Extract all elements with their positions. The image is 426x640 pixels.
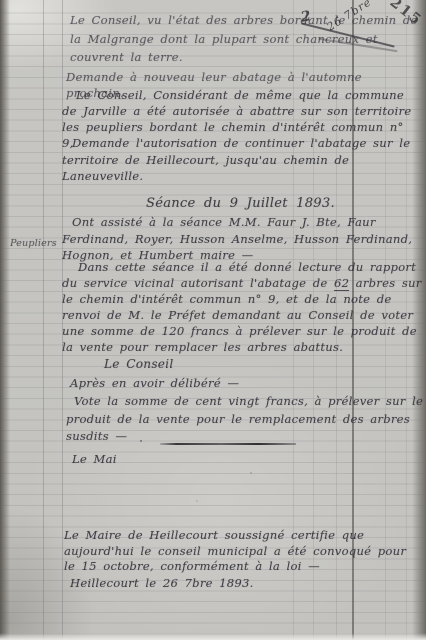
hand-drawn-rule <box>160 443 296 445</box>
scan-edge-bottom <box>0 633 426 640</box>
paragraph-council-trees: Le Conseil, vu l'état des arbres bordant… <box>70 11 420 67</box>
ink-speck <box>196 500 198 502</box>
vote-paragraph: Vote la somme de cent vingt francs, à pr… <box>66 393 424 446</box>
margin-line-left-outer <box>43 0 44 640</box>
convocation-certificate: Le Maire de Heillecourt soussigné certif… <box>64 528 422 575</box>
margin-note-peupliers: Peupliers <box>10 236 57 252</box>
register-page: 215 2 26 7bre Peupliers Le Conseil, vu l… <box>0 0 426 640</box>
paragraph-authorisation-request: Demande l'autorisation de continuer l'ab… <box>62 135 422 185</box>
deliberation-formula: Après en avoir délibéré — <box>70 375 239 391</box>
tree-count-underlined: 62 <box>334 276 349 291</box>
certificate-dateline: Heillecourt le 26 7bre 1893. <box>70 575 254 591</box>
scan-edge-left <box>0 0 10 640</box>
ink-speck <box>250 472 252 474</box>
mayor-signature-start: Le Mai <box>72 451 117 467</box>
ink-speck <box>140 440 142 442</box>
session-heading: Séance du 9 Juillet 1893. <box>146 196 335 212</box>
council-label: Le Conseil <box>104 356 173 372</box>
attendance-list: Ont assisté à la séance M.M. Faur J. Bte… <box>62 214 422 264</box>
report-paragraph: Dans cette séance il a été donné lecture… <box>62 259 424 355</box>
